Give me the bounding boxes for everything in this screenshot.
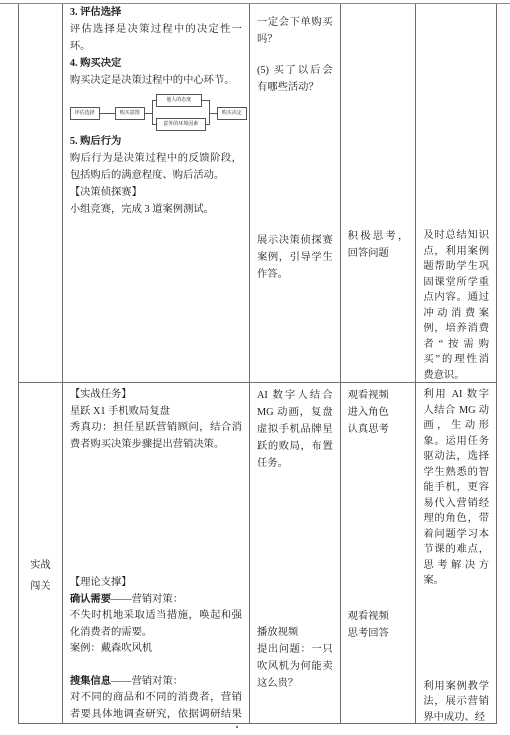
question-5-text: (5) 买了以后会有哪些活动？ xyxy=(257,62,333,96)
stage-column-cell-empty xyxy=(19,4,63,382)
task-heading: 【实战任务】 xyxy=(70,387,242,404)
flowchart-connector xyxy=(100,113,115,114)
point2-lead: 搜集信息 xyxy=(70,676,111,687)
flowchart-node-unexpected-factors: 意外的环境因素 xyxy=(156,118,206,131)
student-action-text: 观看视频 思考回答 xyxy=(348,608,409,642)
point2-lead-line: 搜集信息——营销对策： xyxy=(70,674,242,691)
teaching-content-cell: 3. 评估选择 评估选择是决策过程中的决定性一环。 4. 购买决定 购买决定是决… xyxy=(63,4,250,382)
student-activity-cell: 积极思考，回答问题 xyxy=(341,4,417,382)
teacher-action-text: AI 数字人结合 MG 动画，复盘虚拟手机品牌星跃的败局，布置任务。 xyxy=(257,387,333,472)
design-intent-text: 利用案例教学法，展示营销界中成功、经 xyxy=(423,679,489,724)
teacher-activity-cell: 一定会下单购买吗？ (5) 买了以后会有哪些活动？ 展示决策侦探赛案例，引导学生… xyxy=(250,4,341,382)
student-activity-cell: 观看视频 进入角色 认真思考 观看视频 思考回答 xyxy=(341,383,417,723)
step3-body: 评估选择是决策过程中的决定性一环。 xyxy=(70,21,242,55)
design-intent-cell: 及时总结知识点，利用案例题帮助学生巩固课堂所学重点内容。通过冲动消费案例，培养消… xyxy=(416,4,496,382)
table-row: 3. 评估选择 评估选择是决策过程中的决定性一环。 4. 购买决定 购买决定是决… xyxy=(19,4,496,383)
table-row: 实战 闯关 【实战任务】 星跃 X1 手机败局复盘 秀真功：担任星跃营销顾问，结… xyxy=(19,383,496,723)
step3-heading: 3. 评估选择 xyxy=(70,4,242,21)
contest-heading: 【决策侦探赛】 xyxy=(70,184,242,201)
student-action-text: 观看视频 进入角色 认真思考 xyxy=(348,387,409,438)
point1-lead-rest: ——营销对策： xyxy=(111,594,183,605)
question-4-text: 一定会下单购买吗？ xyxy=(257,14,333,48)
design-intent-cell: 利用 AI 数字人结合 MG 动画，生动形象。运用任务驱动法，选择学生熟悉的智能… xyxy=(416,383,496,723)
teacher-action-text: 播放视频 提出问题：一只吹风机为何能卖这么贵？ xyxy=(257,624,333,692)
flowchart-connector xyxy=(145,113,152,114)
teacher-action-text: 展示决策侦探赛案例，引导学生作答。 xyxy=(257,232,333,283)
design-intent-text: 及时总结知识点，利用案例题帮助学生巩固课堂所学重点内容。通过冲动消费案例，培养消… xyxy=(423,228,489,382)
point1-lead: 确认需要 xyxy=(70,594,111,605)
step5-body: 购后行为是决策过程中的反馈阶段，包括购后的满意程度、购后活动。 xyxy=(70,150,242,184)
task-line2: 秀真功：担任星跃营销顾问，结合消费者购买决策步骤提出营销决策。 xyxy=(70,420,242,453)
flowchart-node-decision: 购买决定 xyxy=(217,107,247,120)
flowchart-node-evaluate: 评估选择 xyxy=(70,107,100,120)
stage-label: 实战 闯关 xyxy=(19,383,63,723)
design-intent-text: 利用 AI 数字人结合 MG 动画，生动形象。运用任务驱动法，选择学生熟悉的智能… xyxy=(423,387,489,589)
flowchart-connector xyxy=(209,113,217,114)
point1-lead-line: 确认需要——营销对策： xyxy=(70,592,242,609)
student-action-text: 积极思考，回答问题 xyxy=(348,228,409,262)
point2-lead-rest: ——营销对策： xyxy=(111,676,183,687)
teaching-content-cell: 【实战任务】 星跃 X1 手机败局复盘 秀真功：担任星跃营销顾问，结合消费者购买… xyxy=(63,383,250,723)
flowchart-node-intention: 购买意图 xyxy=(115,107,145,120)
step5-heading: 5. 购后行为 xyxy=(70,133,242,150)
step4-heading: 4. 购买决定 xyxy=(70,55,242,72)
decision-process-flowchart: 评估选择 购买意图 他人的态度 意外的环境因素 购买决定 xyxy=(68,93,248,133)
contest-body: 小组竞赛，完成 3 道案例测试。 xyxy=(70,201,242,218)
stray-mark xyxy=(236,726,238,728)
task-line1: 星跃 X1 手机败局复盘 xyxy=(70,404,242,421)
flowchart-connector xyxy=(152,100,153,125)
point1-case: 案例：戴森吹风机 xyxy=(70,641,242,658)
step4-body: 购买决定是决策过程中的中心环节。 xyxy=(70,72,242,89)
point1-body: 不失时机地采取适当措施，唤起和强化消费者的需要。 xyxy=(70,608,242,641)
point2-body: 对不同的商品和不同的消费者，营销者要具体地调查研究，依据调研结果拟定 xyxy=(70,690,242,723)
flowchart-node-others-attitude: 他人的态度 xyxy=(156,94,202,107)
theory-heading: 【理论支撑】 xyxy=(70,575,242,592)
lesson-plan-table: 3. 评估选择 评估选择是决策过程中的决定性一环。 4. 购买决定 购买决定是决… xyxy=(18,4,497,724)
teacher-activity-cell: AI 数字人结合 MG 动画，复盘虚拟手机品牌星跃的败局，布置任务。 播放视频 … xyxy=(250,383,341,723)
